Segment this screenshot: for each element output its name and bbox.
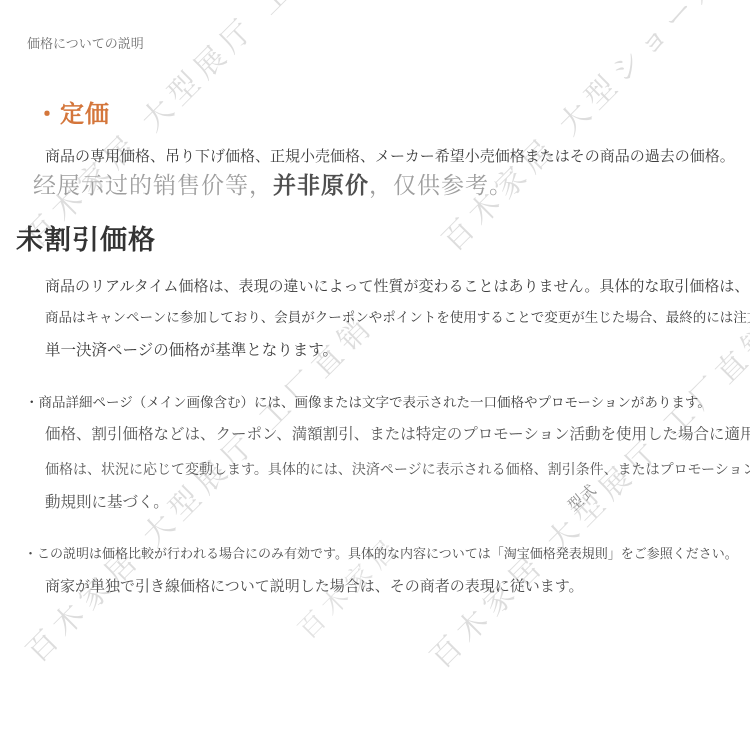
paragraph-merchant-expression: 商家が単独で引き線価格について説明した場合は、その商者の表現に従います。 <box>45 577 584 597</box>
price-explanation-document: { "header": { "title": "価格についての説明" }, "t… <box>0 0 750 738</box>
chinese-note-emphasis: 并非原价 <box>273 173 369 199</box>
chinese-note-line: 经展示过的销售价等，并非原价，仅供参考。 <box>33 172 513 202</box>
document-title: 価格についての説明 <box>27 37 144 54</box>
bullet-comparison-validity: ・この説明は価格比較が行われる場合にのみ有効です。具体的な内容については「淘宝価… <box>24 547 738 564</box>
bullet-detail-page: ・商品詳細ページ（メイン画像含む）には、画像または文字で表示された一口価格やプロ… <box>25 395 711 413</box>
section-heading-list-price: ・定価 <box>35 99 110 130</box>
chinese-note-suffix: ，仅供参考。 <box>369 173 513 199</box>
paragraph-activity-rules: 動規則に基づく。 <box>45 492 169 512</box>
document-content: 価格についての説明 ・定価 商品の専用価格、吊り下げ価格、正規小売価格、メーカー… <box>0 0 750 738</box>
list-price-description: 商品の専用価格、吊り下げ価格、正規小売価格、メーカー希望小売価格またはその商品の… <box>45 147 735 167</box>
paragraph-discount-conditions: 価格、割引価格などは、クーポン、満額割引、または特定のプロモーション活動を使用し… <box>45 424 750 444</box>
paragraph-price-fluctuation: 価格は、状況に応じて変動します。具体的には、決済ページに表示される価格、割引条件… <box>45 461 750 479</box>
chinese-note-prefix: 经展示过的销售价等， <box>33 173 273 199</box>
paragraph-realtime-price: 商品のリアルタイム価格は、表現の違いによって性質が変わることはありません。具体的… <box>45 277 749 297</box>
paragraph-checkout-basis: 単一決済ページの価格が基準となります。 <box>45 340 338 360</box>
section-heading-undiscounted-price: 未割引価格 <box>16 223 156 258</box>
paragraph-campaign-note: 商品はキャンペーンに参加しており、会員がクーポンやポイントを使用することで変更が… <box>45 310 750 328</box>
